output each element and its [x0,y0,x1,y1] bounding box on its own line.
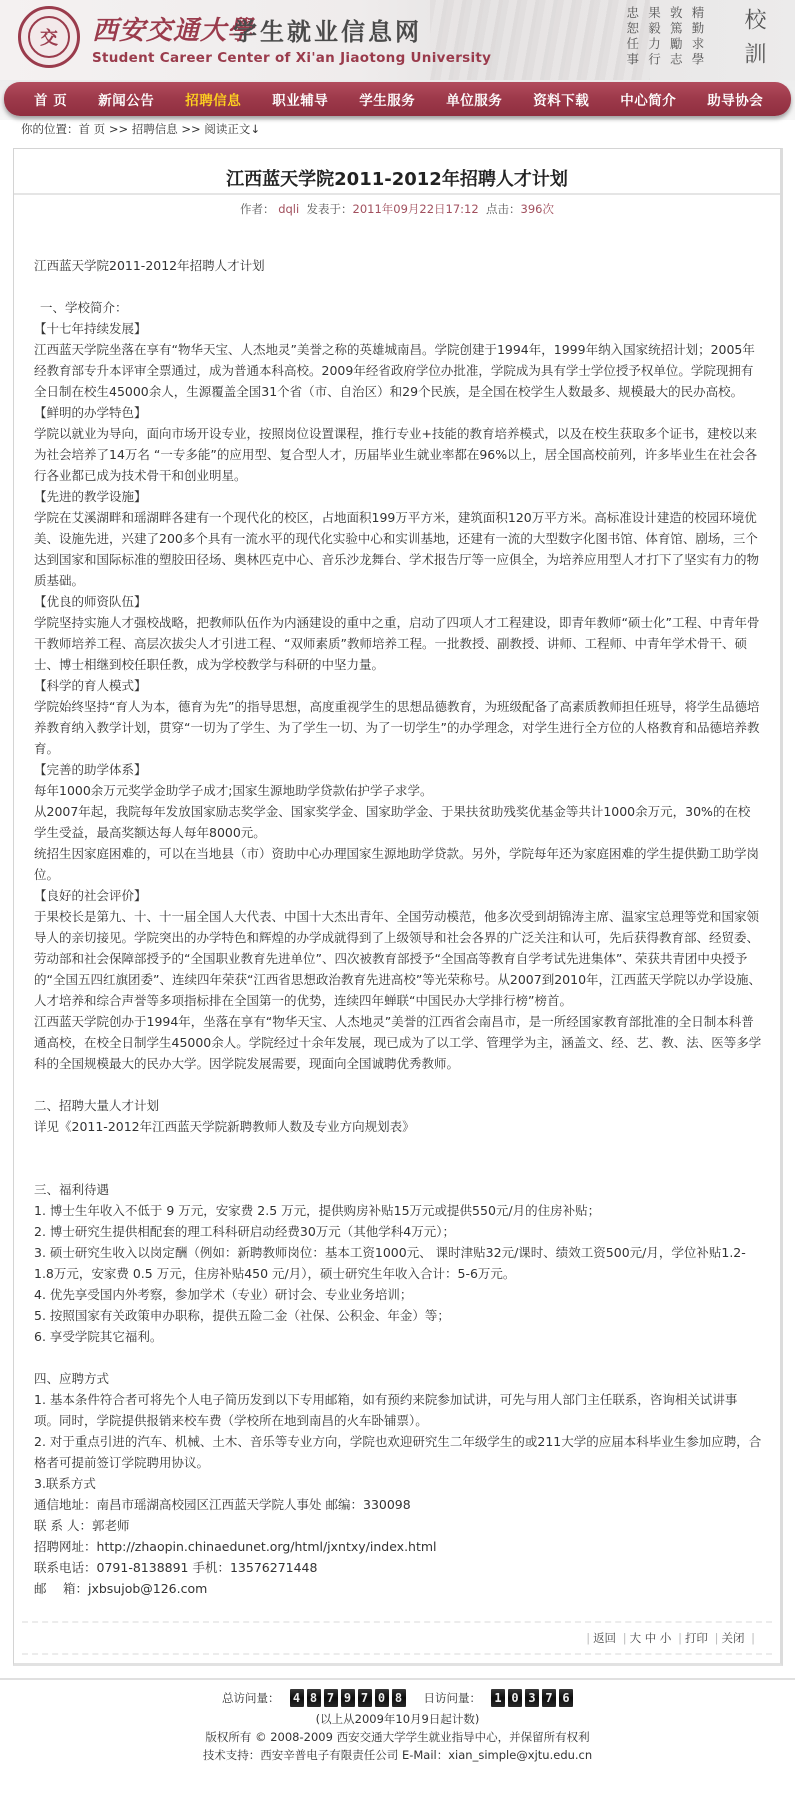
breadcrumb: 你的位置：首 页 >> 招聘信息 >> 阅读正文↓ [0,120,795,140]
paragraph: 详见《2011-2012年江西蓝天学院新聘教师人数及专业方向规划表》 [34,1116,762,1137]
counter-digit: 7 [324,1689,338,1707]
nav-item-recruitment[interactable]: 招聘信息 [185,89,241,109]
contact-phone: 联系电话：0791-8138891 手机：13576271448 [34,1557,762,1578]
site-name-english: Student Career Center of Xi'an Jiaotong … [92,50,491,66]
nav-item-about[interactable]: 中心简介 [620,89,676,109]
article-title: 江西蓝天学院2011-2012年招聘人才计划 [14,149,780,195]
paragraph: 于果校长是第九、十、十一届全国人大代表、中国十大杰出青年、全国劳动模范，他多次受… [34,906,762,1011]
paragraph: 江西蓝天学院创办于1994年，坐落在享有“物华天宝、人杰地灵”美誉的江西省会南昌… [34,1011,762,1074]
breadcrumb-recruitment[interactable]: 招聘信息 [132,122,178,136]
nav-item-news[interactable]: 新闻公告 [98,89,154,109]
counter-digit: 0 [508,1689,522,1707]
breadcrumb-separator: >> [181,122,200,136]
tech-support: 技术支持：西安辛普电子有限责任公司 E-Mail：xian_simple@xjt… [0,1746,795,1764]
nav-item-career-guidance[interactable]: 职业辅导 [272,89,328,109]
close-button[interactable]: 关闭 [721,1631,744,1645]
font-size-large-button[interactable]: 大 [630,1631,642,1645]
paragraph: 江西蓝天学院坐落在享有“物华天宝、人杰地灵”美誉之称的英雄城南昌。学院创建于19… [34,339,762,402]
daily-visits-counter: 1 0 3 7 6 [491,1689,573,1707]
article-body: 江西蓝天学院2011-2012年招聘人才计划 一、学校简介： 【十七年持续发展】… [14,225,780,1599]
counter-digit: 9 [341,1689,355,1707]
font-size-medium-button[interactable]: 中 [645,1631,657,1645]
subsection-heading: 【优良的师资队伍】 [34,591,762,612]
author-name: dqli [278,202,299,216]
subsection-heading: 【完善的助学体系】 [34,759,762,780]
contact-address-label: 通信地址： [34,1497,97,1512]
contact-address-value: 南昌市瑶湖高校园区江西蓝天学院人事处 邮编：330098 [97,1497,411,1512]
author-label: 作者： [240,202,275,216]
clicks-label: 点击： [486,202,521,216]
published-date: 2011年09月22日17:12 [353,202,479,216]
visit-counter: 总访问量： 4 8 7 9 7 0 8 日访问量： 1 0 3 7 6 [0,1686,795,1710]
counter-digit: 4 [290,1689,304,1707]
copyright: 版权所有 © 2008-2009 西安交通大学学生就业指导中心，并保留所有权利 [0,1728,795,1746]
motto-title: 校訓 [738,8,769,76]
font-size-small-button[interactable]: 小 [660,1631,672,1645]
paragraph: 学院以就业为导向，面向市场开设专业，按照岗位设置课程，推行专业+技能的教育培养模… [34,423,762,486]
contact-person-value: 郭老师 [92,1518,130,1533]
subsection-heading: 【科学的育人模式】 [34,675,762,696]
motto-column: 果毅力行 [647,6,661,68]
motto-column: 忠恕任事 [625,6,639,68]
print-button[interactable]: 打印 [685,1631,708,1645]
section-heading: 三、福利待遇 [34,1179,762,1200]
benefit-item: 1. 博士生年收入不低于 9 万元，安家费 2.5 万元，提供购房补贴15万元或… [34,1200,762,1221]
benefit-item: 4. 优先享受国内外考察，参加学术（专业）研讨会、专业业务培训； [34,1284,762,1305]
contact-url-label: 招聘网址： [34,1539,97,1554]
counter-digit: 0 [375,1689,389,1707]
contact-url: 招聘网址：http://zhaopin.chinaedunet.org/html… [34,1536,762,1557]
paragraph: 从2007年起，我院每年发放国家励志奖学金、国家奖学金、国家助学金、于果扶贫助残… [34,801,762,843]
benefit-item: 3. 硕士研究生收入以岗定酬（例如：新聘教师岗位：基本工资1000元、 课时津贴… [34,1242,762,1284]
counter-digit: 8 [392,1689,406,1707]
back-button[interactable]: 返回 [593,1631,616,1645]
section-heading: 四、应聘方式 [34,1368,762,1389]
main-nav-wrapper: 首 页 新闻公告 招聘信息 职业辅导 学生服务 单位服务 资料下载 中心简介 助… [0,80,795,120]
nav-item-student-services[interactable]: 学生服务 [359,89,415,109]
subsection-heading: 【十七年持续发展】 [34,318,762,339]
contact-heading: 3.联系方式 [34,1473,762,1494]
section-heading: 一、学校简介： [34,297,762,318]
paragraph: 每年1000余万元奖学金助学子成才;国家生源地助学贷款佑护学子求学。 [34,780,762,801]
nav-item-home[interactable]: 首 页 [34,89,67,109]
paragraph: 学院始终坚持“育人为本，德育为先”的指导思想，高度重视学生的思想品德教育，为班级… [34,696,762,759]
article-meta: 作者： dqli 发表于：2011年09月22日17:12 点击：396次 [14,195,780,225]
counter-digit: 8 [307,1689,321,1707]
counter-digit: 1 [491,1689,505,1707]
site-header: 交 西安交通大學 学生就业信息网 Student Career Center o… [0,0,795,80]
total-visits-counter: 4 8 7 9 7 0 8 [290,1689,406,1707]
contact-person: 联 系 人：郭老师 [34,1515,762,1536]
down-arrow-icon: ↓ [250,122,260,136]
header-photo-band [430,0,650,80]
university-name: 西安交通大學 [92,10,254,47]
breadcrumb-current: 阅读正文 [204,122,250,136]
contact-email: 邮 箱：jxbsujob@126.com [34,1578,762,1599]
benefit-item: 6. 享受学院其它福利。 [34,1326,762,1347]
motto-column: 精勤求學 [690,6,704,68]
article-toolbar: |返回 |大 中 小 |打印 |关闭 | [22,1621,772,1655]
breadcrumb-home[interactable]: 首 页 [79,122,106,136]
counter-digit: 7 [542,1689,556,1707]
site-name: 学生就业信息网 [233,12,422,47]
subsection-heading: 【鲜明的办学特色】 [34,402,762,423]
paragraph: 统招生因家庭困难的，可以在当地县（市）资助中心办理国家生源地助学贷款。另外，学院… [34,843,762,885]
click-count: 396次 [521,202,554,216]
main-nav: 首 页 新闻公告 招聘信息 职业辅导 学生服务 单位服务 资料下载 中心简介 助… [4,82,791,116]
contact-url-value[interactable]: http://zhaopin.chinaedunet.org/html/jxnt… [97,1539,437,1554]
section-heading: 二、招聘大量人才计划 [34,1095,762,1116]
motto-column: 敦篤勵志 [669,6,683,68]
nav-item-downloads[interactable]: 资料下载 [533,89,589,109]
published-label: 发表于： [307,202,353,216]
counter-digit: 3 [525,1689,539,1707]
application-item: 2. 对于重点引进的汽车、机械、土木、音乐等专业方向，学院也欢迎研究生二年级学生… [34,1431,762,1473]
contact-address: 通信地址：南昌市瑶湖高校园区江西蓝天学院人事处 邮编：330098 [34,1494,762,1515]
counter-digit: 7 [358,1689,372,1707]
article-panel: 江西蓝天学院2011-2012年招聘人才计划 作者： dqli 发表于：2011… [13,148,783,1666]
paragraph: 学院在艾溪湖畔和瑶湖畔各建有一个现代化的校区，占地面积199万平方米，建筑面积1… [34,507,762,591]
school-motto: 精勤求學 敦篤勵志 果毅力行 忠恕任事 [625,6,704,68]
breadcrumb-prefix: 你的位置： [21,122,79,136]
total-visits-label: 总访问量： [222,1689,280,1707]
count-since-note: (以上从2009年10月9日起计数) [0,1710,795,1728]
contact-person-label: 联 系 人： [34,1518,92,1533]
paragraph: 学院坚持实施人才强校战略，把教师队伍作为内涵建设的重中之重，启动了四项人才工程建… [34,612,762,675]
contact-phone-value: 0791-8138891 手机：13576271448 [97,1560,318,1575]
application-item: 1. 基本条件符合者可将先个人电子简历发到以下专用邮箱，如有预约来院参加试讲，可… [34,1389,762,1431]
nav-item-association[interactable]: 助导协会 [707,89,763,109]
contact-email-label: 邮 箱： [34,1581,88,1596]
breadcrumb-separator: >> [109,122,128,136]
contact-phone-label: 联系电话： [34,1560,97,1575]
benefit-item: 5. 按照国家有关政策申办职称，提供五险二金（社保、公积金、年金）等； [34,1305,762,1326]
university-logo-icon[interactable]: 交 [18,6,80,68]
subsection-heading: 【先进的教学设施】 [34,486,762,507]
contact-email-value[interactable]: jxbsujob@126.com [88,1581,207,1596]
counter-digit: 6 [559,1689,573,1707]
daily-visits-label: 日访问量： [424,1689,482,1707]
site-footer: 总访问量： 4 8 7 9 7 0 8 日访问量： 1 0 3 7 6 (以上从… [0,1680,795,1764]
subsection-heading: 【良好的社会评价】 [34,885,762,906]
benefit-item: 2. 博士研究生提供相配套的理工科科研启动经费30万元（其他学科4万元）； [34,1221,762,1242]
nav-item-employer-services[interactable]: 单位服务 [446,89,502,109]
intro-title: 江西蓝天学院2011-2012年招聘人才计划 [34,255,762,276]
